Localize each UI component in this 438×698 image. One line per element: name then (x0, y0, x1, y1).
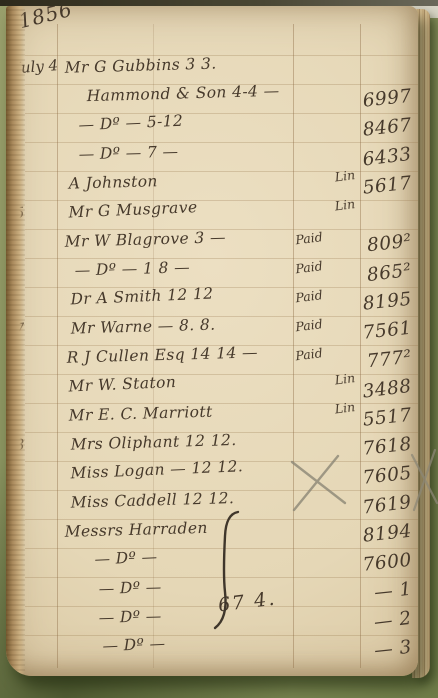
name-cell: Mr Warne — 8. 8. (56, 313, 290, 340)
ledger-row: 8 Mrs Oliphant 12 12. 7618 (6, 427, 418, 456)
name-cell: A Johnston (56, 168, 290, 195)
scanned-ledger-photo: 1856 July 4 Mr G Gubbins 3 3. Hammond & … (0, 0, 438, 698)
status-cell (290, 617, 357, 630)
ledger-row: Miss Logan — 12 12. 7605 (6, 456, 418, 485)
name-cell: Miss Caddell 12 12. (56, 487, 290, 514)
name-cell: Hammond & Son 4-4 — (56, 81, 290, 108)
name-cell: Dr A Smith 12 12 (56, 281, 291, 311)
name-cell: — Dº — 7 — (56, 139, 290, 166)
status-cell: Lin (289, 399, 358, 427)
ledger-row: 5 Mr G Musgrave Lin (6, 195, 418, 224)
status-cell (290, 588, 357, 601)
status-cell: Lin (289, 196, 358, 224)
status-cell (290, 95, 357, 108)
status-cell: Lin (289, 167, 358, 195)
ledger-row: Hammond & Son 4-4 — 6997 (6, 79, 418, 108)
status-cell (290, 646, 357, 659)
name-cell: — Dº — 5-12 (56, 107, 291, 137)
name-cell: Mr E. C. Marriott (56, 400, 290, 427)
name-cell: Messrs Harraden (56, 516, 290, 543)
name-cell: R J Cullen Esq 14 14 — (56, 342, 290, 369)
status-cell: Paid (289, 312, 358, 340)
ledger-row: — Dº — 1 8 — Paid 865² (6, 253, 418, 282)
ledger-rows: July 4 Mr G Gubbins 3 3. Hammond & Son 4… (6, 50, 418, 659)
ledger-row: — Dº — 7 — 6433 (6, 137, 418, 166)
name-cell: Mrs Oliphant 12 12. (56, 429, 290, 456)
status-cell (290, 124, 357, 137)
name-cell: — Dº — (56, 542, 291, 572)
name-cell: Miss Logan — 12 12. (56, 455, 291, 485)
ledger-row: July 4 Mr G Gubbins 3 3. (6, 50, 418, 79)
ledger-row: Messrs Harraden 8194 (6, 514, 418, 543)
name-cell: Mr G Musgrave (56, 194, 291, 224)
scan-top-shadow (0, 0, 438, 6)
ledger-row: — Dº — 5-12 8467 (6, 108, 418, 137)
ledger-row: — Dº — 7600 (6, 543, 418, 572)
status-cell: Paid (289, 283, 358, 311)
status-cell (290, 472, 357, 485)
ledger-row: Dr A Smith 12 12 Paid 8195 (6, 282, 418, 311)
ledger-row: — Dº — — 1 (6, 572, 418, 601)
ledger-row: Mr W Blagrove 3 — Paid 809² (6, 224, 418, 253)
status-cell: Paid (289, 225, 358, 253)
book-binding (6, 6, 25, 676)
name-cell: — Dº — 1 8 — (56, 255, 290, 282)
ledger-page: 1856 July 4 Mr G Gubbins 3 3. Hammond & … (6, 6, 418, 676)
ledger-row: A Johnston Lin 5617 (6, 166, 418, 195)
ledger-row: Mr E. C. Marriott Lin 5517 (6, 398, 418, 427)
ledger-row: — Dº — — 3 (6, 630, 418, 659)
name-cell: Mr G Gubbins 3 3. (56, 52, 290, 79)
status-cell: Lin (289, 370, 358, 398)
status-cell: Paid (289, 254, 358, 282)
ledger-row: Miss Caddell 12 12. 7619 (6, 485, 418, 514)
ledger-row: R J Cullen Esq 14 14 — Paid 777² (6, 340, 418, 369)
ledger-row: Mr W. Staton Lin 3488 (6, 369, 418, 398)
status-cell (290, 66, 357, 79)
ledger-row: — Dº — — 2 (6, 601, 418, 630)
name-cell: Mr W Blagrove 3 — (56, 226, 290, 253)
status-cell (290, 501, 357, 514)
status-cell (290, 559, 357, 572)
ledger-row: 7 Mr Warne — 8. 8. Paid 7561 (6, 311, 418, 340)
status-cell (290, 530, 357, 543)
name-cell: Mr W. Staton (56, 368, 291, 398)
name-cell: — Dº — (56, 629, 291, 659)
status-cell (290, 443, 357, 456)
status-cell: Paid (289, 341, 358, 369)
status-cell (290, 153, 357, 166)
